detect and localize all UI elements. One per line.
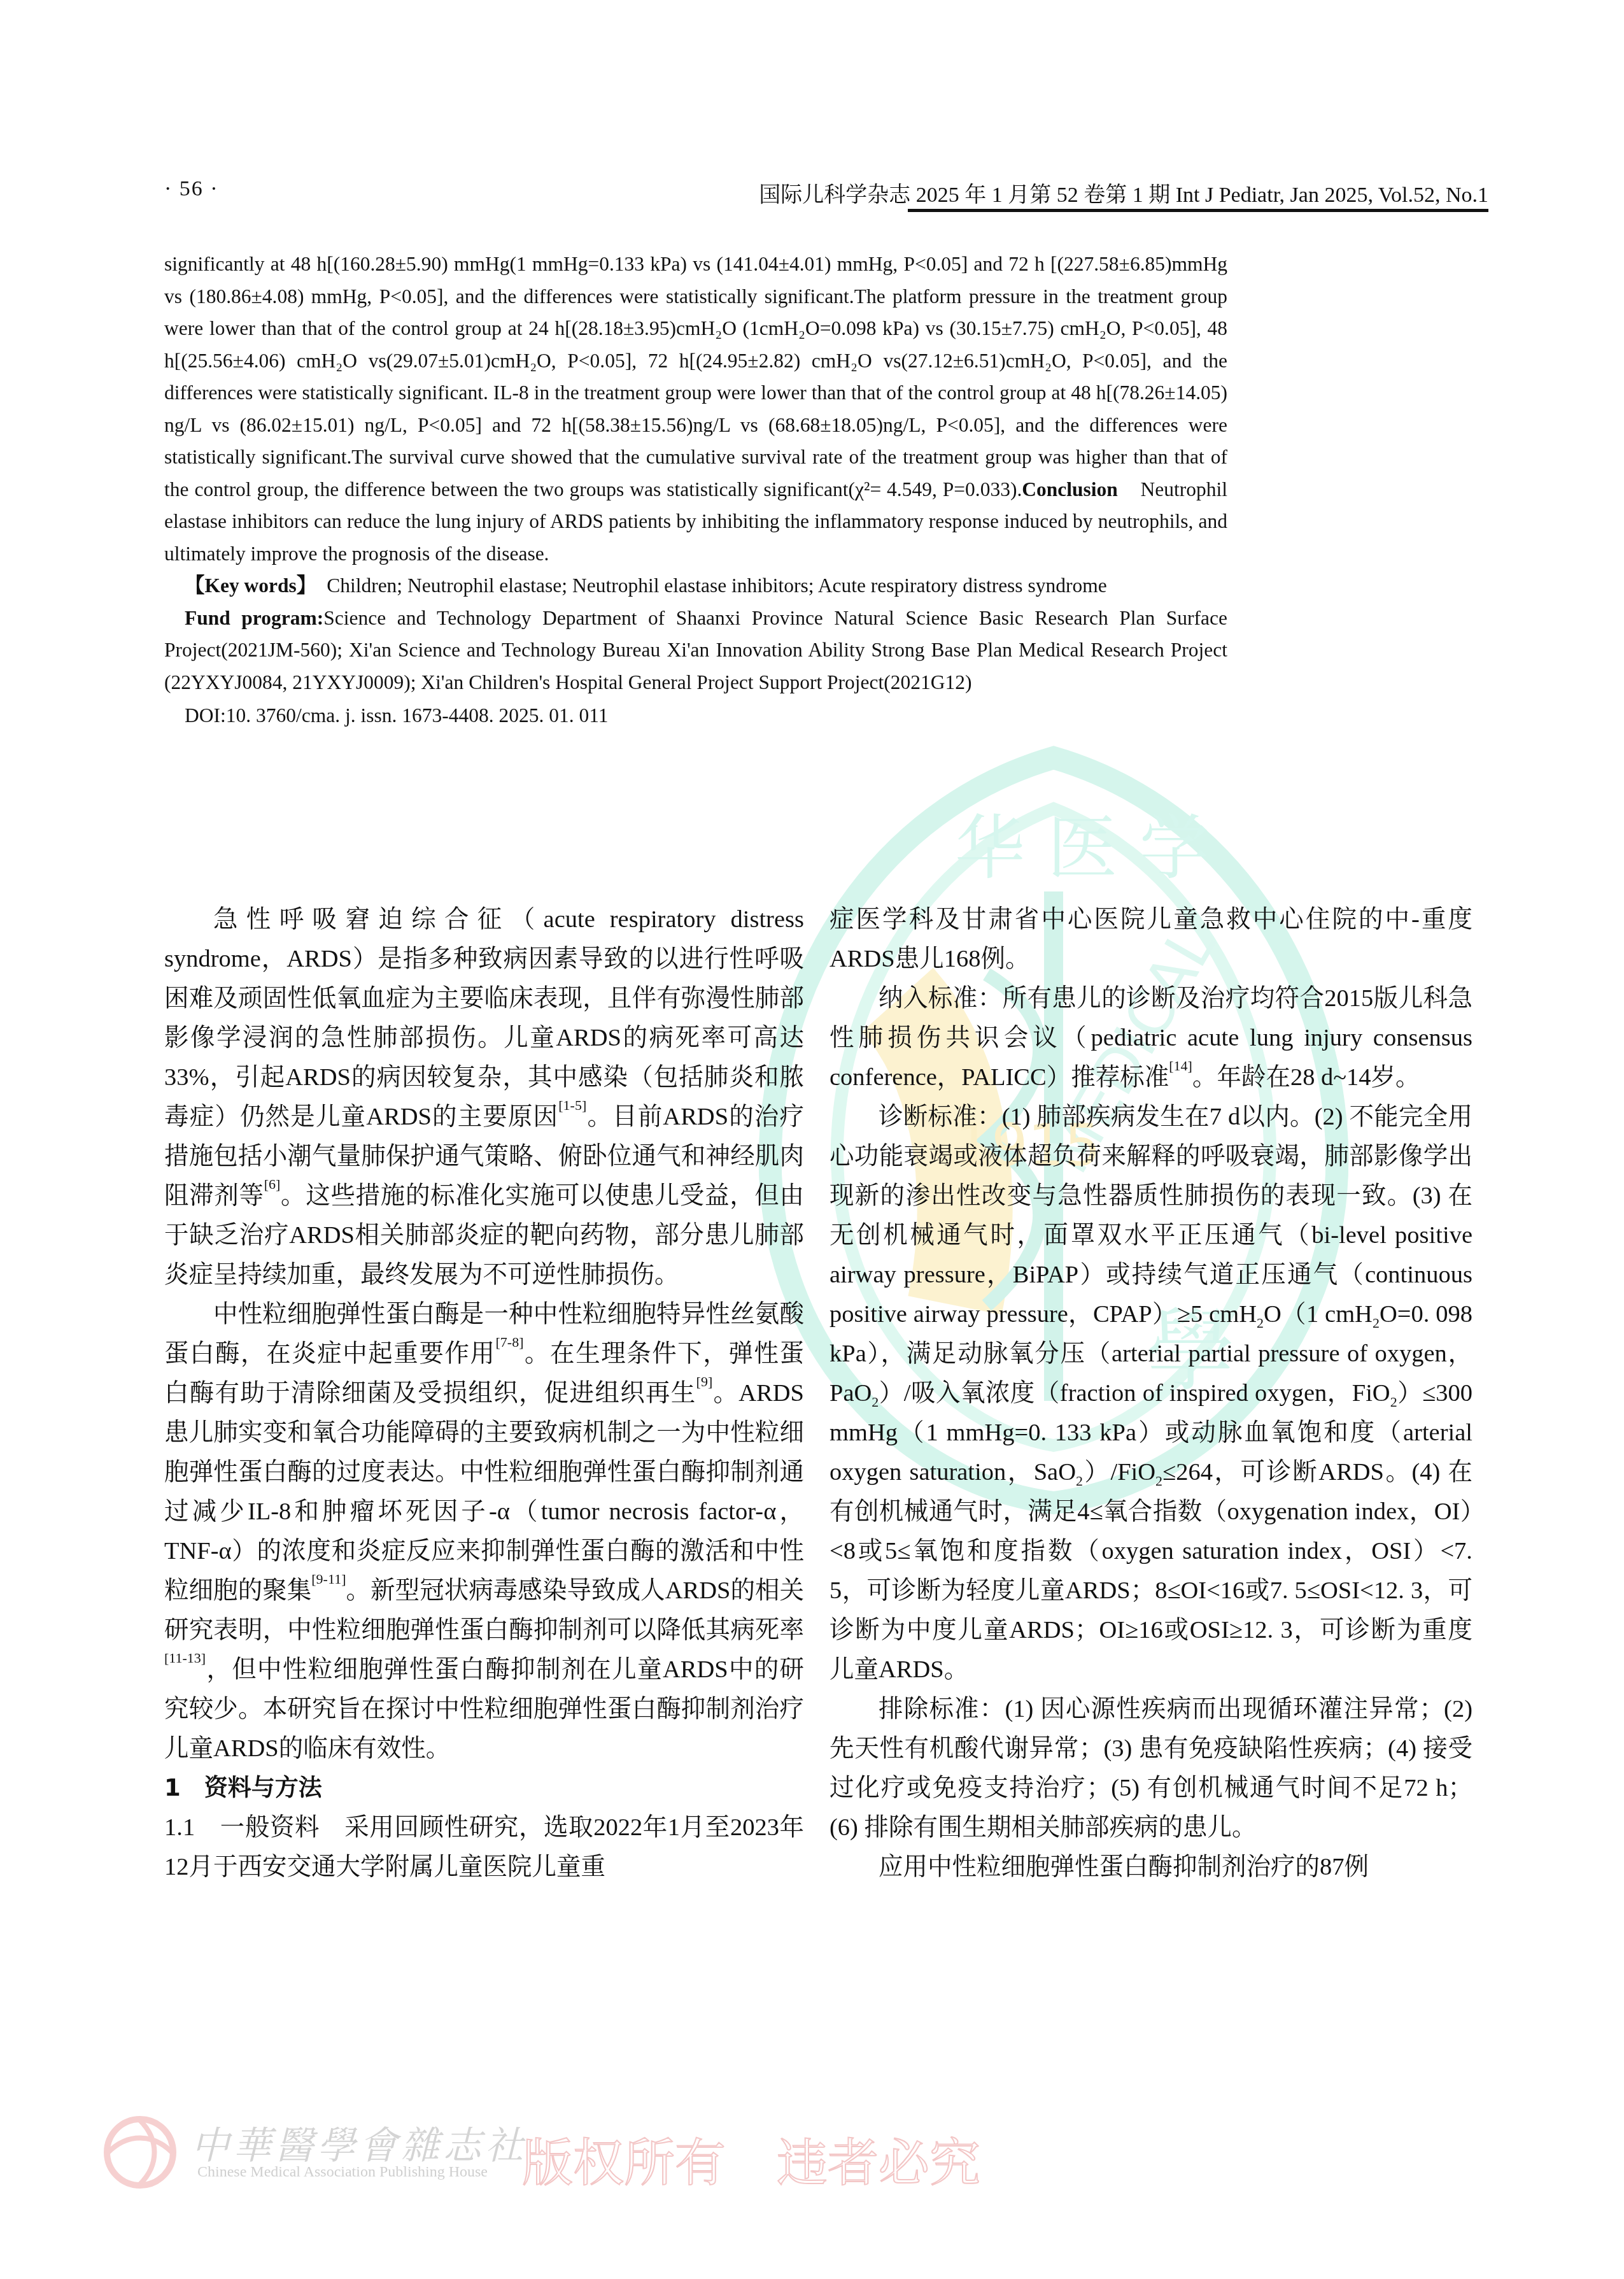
publisher-logo-icon (102, 2114, 178, 2190)
doi: DOI:10. 3760/cma. j. issn. 1673-4408. 20… (164, 700, 1227, 732)
publisher-watermark: 中華醫學會雜志社 Chinese Medical Association Pub… (102, 2114, 834, 2190)
subscript: 2 (1076, 1473, 1083, 1489)
intro-paragraph-2: 中性粒细胞弹性蛋白酶是一种中性粒细胞特异性丝氨酸蛋白酶，在炎症中起重要作用[7-… (164, 1295, 804, 1768)
journal-citation: 国际儿科学杂志 2025 年 1 月第 52 卷第 1 期 Int J Pedi… (759, 177, 1488, 208)
body-column-right: 症医学科及甘肃省中心医院儿童急救中心住院的中-重度ARDS患儿168例。 纳入标… (830, 900, 1472, 1887)
citation-ref[interactable]: [11-13] (164, 1650, 206, 1666)
abstract-results-continued: significantly at 48 h[(160.28±5.90) mmHg… (164, 248, 1227, 570)
citation-ref[interactable]: [6] (264, 1176, 281, 1192)
page-number: · 56 · (164, 177, 219, 201)
keywords-label: 【Key words】 (185, 574, 316, 597)
citation-ref[interactable]: [1-5] (558, 1097, 586, 1113)
keywords: 【Key words】 Children; Neutrophil elastas… (164, 570, 1227, 602)
text: 急性呼吸窘迫综合征（acute respiratory distress syn… (164, 906, 804, 1130)
text: 。ARDS患儿肺实变和氧合功能障碍的主要致病机制之一为中性粒细胞弹性蛋白酶的过度… (164, 1380, 804, 1604)
citation-ref[interactable]: [14] (1169, 1058, 1192, 1074)
svg-text:华 医 学: 华 医 学 (955, 807, 1210, 889)
running-header: · 56 · 国际儿科学杂志 2025 年 1 月第 52 卷第 1 期 Int… (164, 177, 1488, 215)
header-rule (908, 209, 1488, 212)
intro-paragraph-1: 急性呼吸窘迫综合征（acute respiratory distress syn… (164, 900, 804, 1295)
general-data-continued: 症医学科及甘肃省中心医院儿童急救中心住院的中-重度ARDS患儿168例。 (830, 900, 1472, 979)
subscript: 2 (1373, 1315, 1380, 1331)
text: 。年龄在28 d~14岁。 (1192, 1064, 1420, 1091)
citation-ref[interactable]: [9] (696, 1374, 713, 1389)
conclusion-label: Conclusion (1022, 478, 1118, 501)
text: O（1 cmH (1264, 1301, 1373, 1328)
citation-ref[interactable]: [9-11] (311, 1571, 346, 1587)
publisher-name-cn: 中華醫學會雜志社 (191, 2115, 527, 2170)
subscript: 2 (872, 1394, 879, 1410)
text: ）/吸入氧浓度（fraction of inspired oxygen，FiO (879, 1380, 1390, 1407)
fund-program: Fund program:Science and Technology Depa… (164, 602, 1227, 699)
treatment-group-text: 应用中性粒细胞弹性蛋白酶抑制剂治疗的87例 (830, 1847, 1472, 1887)
text: ，但中性粒细胞弹性蛋白酶抑制剂在儿童ARDS中的研究较少。本研究旨在探讨中性粒细… (164, 1656, 804, 1762)
subsection-general-data: 1.1 一般资料 采用回顾性研究，选取2022年1月至2023年12月于西安交通… (164, 1808, 804, 1887)
copyright-watermark: 版权所有 违者必究 (522, 2122, 980, 2195)
text: 诊断标准：(1) 肺部疾病发生在7 d以内。(2) 不能完全用心功能衰竭或液体超… (830, 1104, 1472, 1328)
english-abstract: significantly at 48 h[(160.28±5.90) mmHg… (164, 248, 1227, 732)
subsection-label: 1.1 一般资料 (164, 1814, 320, 1841)
body-column-left: 急性呼吸窘迫综合征（acute respiratory distress syn… (164, 900, 804, 1887)
results-text: significantly at 48 h[(160.28±5.90) mmHg… (164, 253, 1227, 501)
citation-ref[interactable]: [7-8] (496, 1334, 524, 1350)
exclusion-criteria: 排除标准：(1) 因心源性疾病而出现循环灌注异常；(2) 先天性有机酸代谢异常；… (830, 1689, 1472, 1847)
fund-text: Science and Technology Department of Sha… (164, 607, 1227, 693)
text: ≤264，可诊断ARDS。(4) 在有创机械通气时，满足4≤氧合指数（oxyge… (830, 1459, 1472, 1683)
publisher-name-en: Chinese Medical Association Publishing H… (197, 2164, 488, 2181)
subscript: 2 (1390, 1394, 1397, 1410)
diagnostic-criteria: 诊断标准：(1) 肺部疾病发生在7 d以内。(2) 不能完全用心功能衰竭或液体超… (830, 1097, 1472, 1689)
fund-label: Fund program: (185, 607, 323, 629)
section-heading-methods: 1 资料与方法 (164, 1768, 804, 1808)
keywords-text: Children; Neutrophil elastase; Neutrophi… (327, 574, 1107, 597)
subscript: 2 (1155, 1473, 1162, 1489)
inclusion-criteria: 纳入标准：所有患儿的诊断及治疗均符合2015版儿科急性肺损伤共识会议（pedia… (830, 979, 1472, 1097)
subscript: 2 (1257, 1315, 1264, 1331)
text: ）/FiO (1083, 1459, 1155, 1486)
